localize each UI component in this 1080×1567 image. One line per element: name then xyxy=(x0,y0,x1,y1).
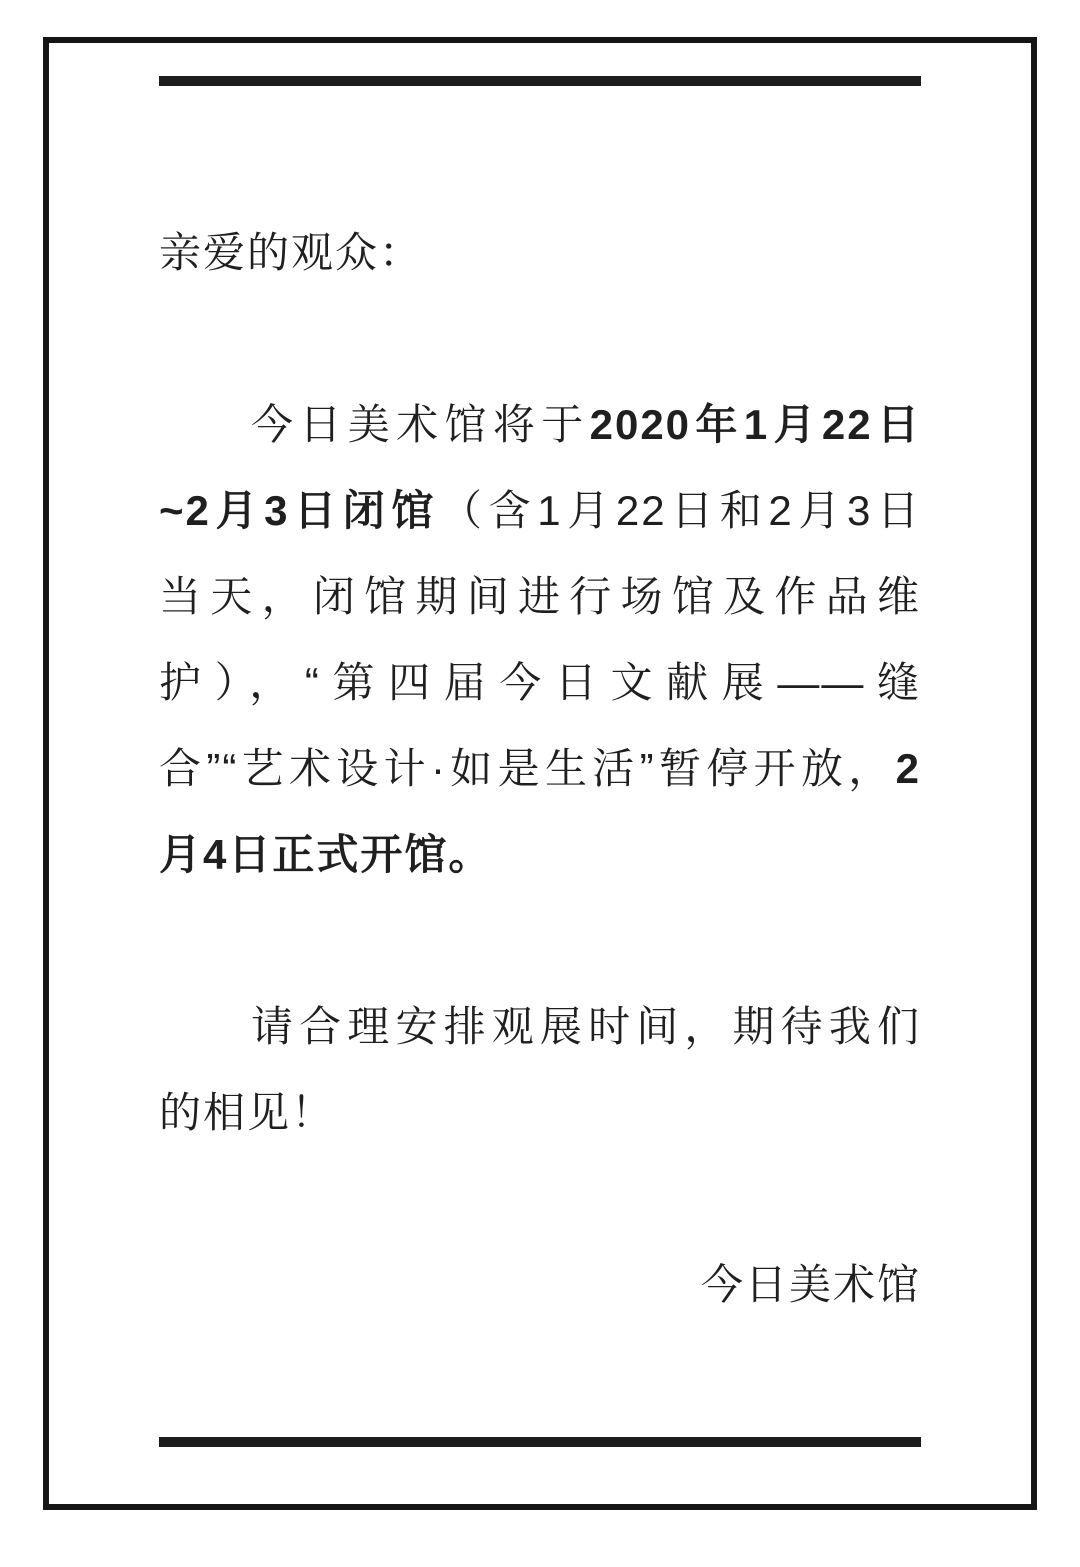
notice-text: 亲爱的观众： xyxy=(159,229,423,276)
blank-line xyxy=(159,898,921,984)
greeting-line: 亲爱的观众： xyxy=(159,210,921,296)
para1-line4: 护），“第四届今日文献展——缝 xyxy=(159,640,921,726)
notice-frame: 亲爱的观众：今日美术馆将于2020年1月22日~2月3日闭馆（含1月22日和2月… xyxy=(43,37,1037,1510)
para2-line1: 请合理安排观展时间，期待我们 xyxy=(159,984,921,1070)
blank-line xyxy=(159,296,921,382)
notice-text: 合”“艺术设计·如是生活”暂停开放， xyxy=(159,745,896,792)
para2-line2: 的相见！ xyxy=(159,1070,921,1156)
para1-line2: ~2月3日闭馆（含1月22日和2月3日 xyxy=(159,468,921,554)
notice-text: 护），“第四届今日文献展——缝 xyxy=(159,659,921,706)
notice-text: 当天，闭馆期间进行场馆及作品维 xyxy=(159,573,921,620)
notice-text: 今日美术馆 xyxy=(701,1261,921,1308)
blank-line xyxy=(159,1156,921,1242)
notice-text: 请合理安排观展时间，期待我们 xyxy=(251,1003,921,1050)
notice-text-bold: 月4日正式开馆。 xyxy=(159,831,492,878)
para1-line1: 今日美术馆将于2020年1月22日 xyxy=(159,382,921,468)
notice-text-bold: 2020年1月22日 xyxy=(590,401,921,448)
para1-line3: 当天，闭馆期间进行场馆及作品维 xyxy=(159,554,921,640)
notice-text: 今日美术馆将于 xyxy=(251,401,590,448)
notice-text-bold: 2 xyxy=(896,745,921,792)
notice-text: 的相见！ xyxy=(159,1089,335,1136)
notice-body: 亲爱的观众：今日美术馆将于2020年1月22日~2月3日闭馆（含1月22日和2月… xyxy=(159,210,921,1328)
signature-line: 今日美术馆 xyxy=(159,1242,921,1328)
para1-line6: 月4日正式开馆。 xyxy=(159,812,921,898)
para1-line5: 合”“艺术设计·如是生活”暂停开放，2 xyxy=(159,726,921,812)
notice-text: （含1月22日和2月3日 xyxy=(440,487,921,534)
top-rule xyxy=(159,76,921,86)
notice-text-bold: ~2月3日闭馆 xyxy=(159,487,440,534)
bottom-rule xyxy=(159,1437,921,1447)
